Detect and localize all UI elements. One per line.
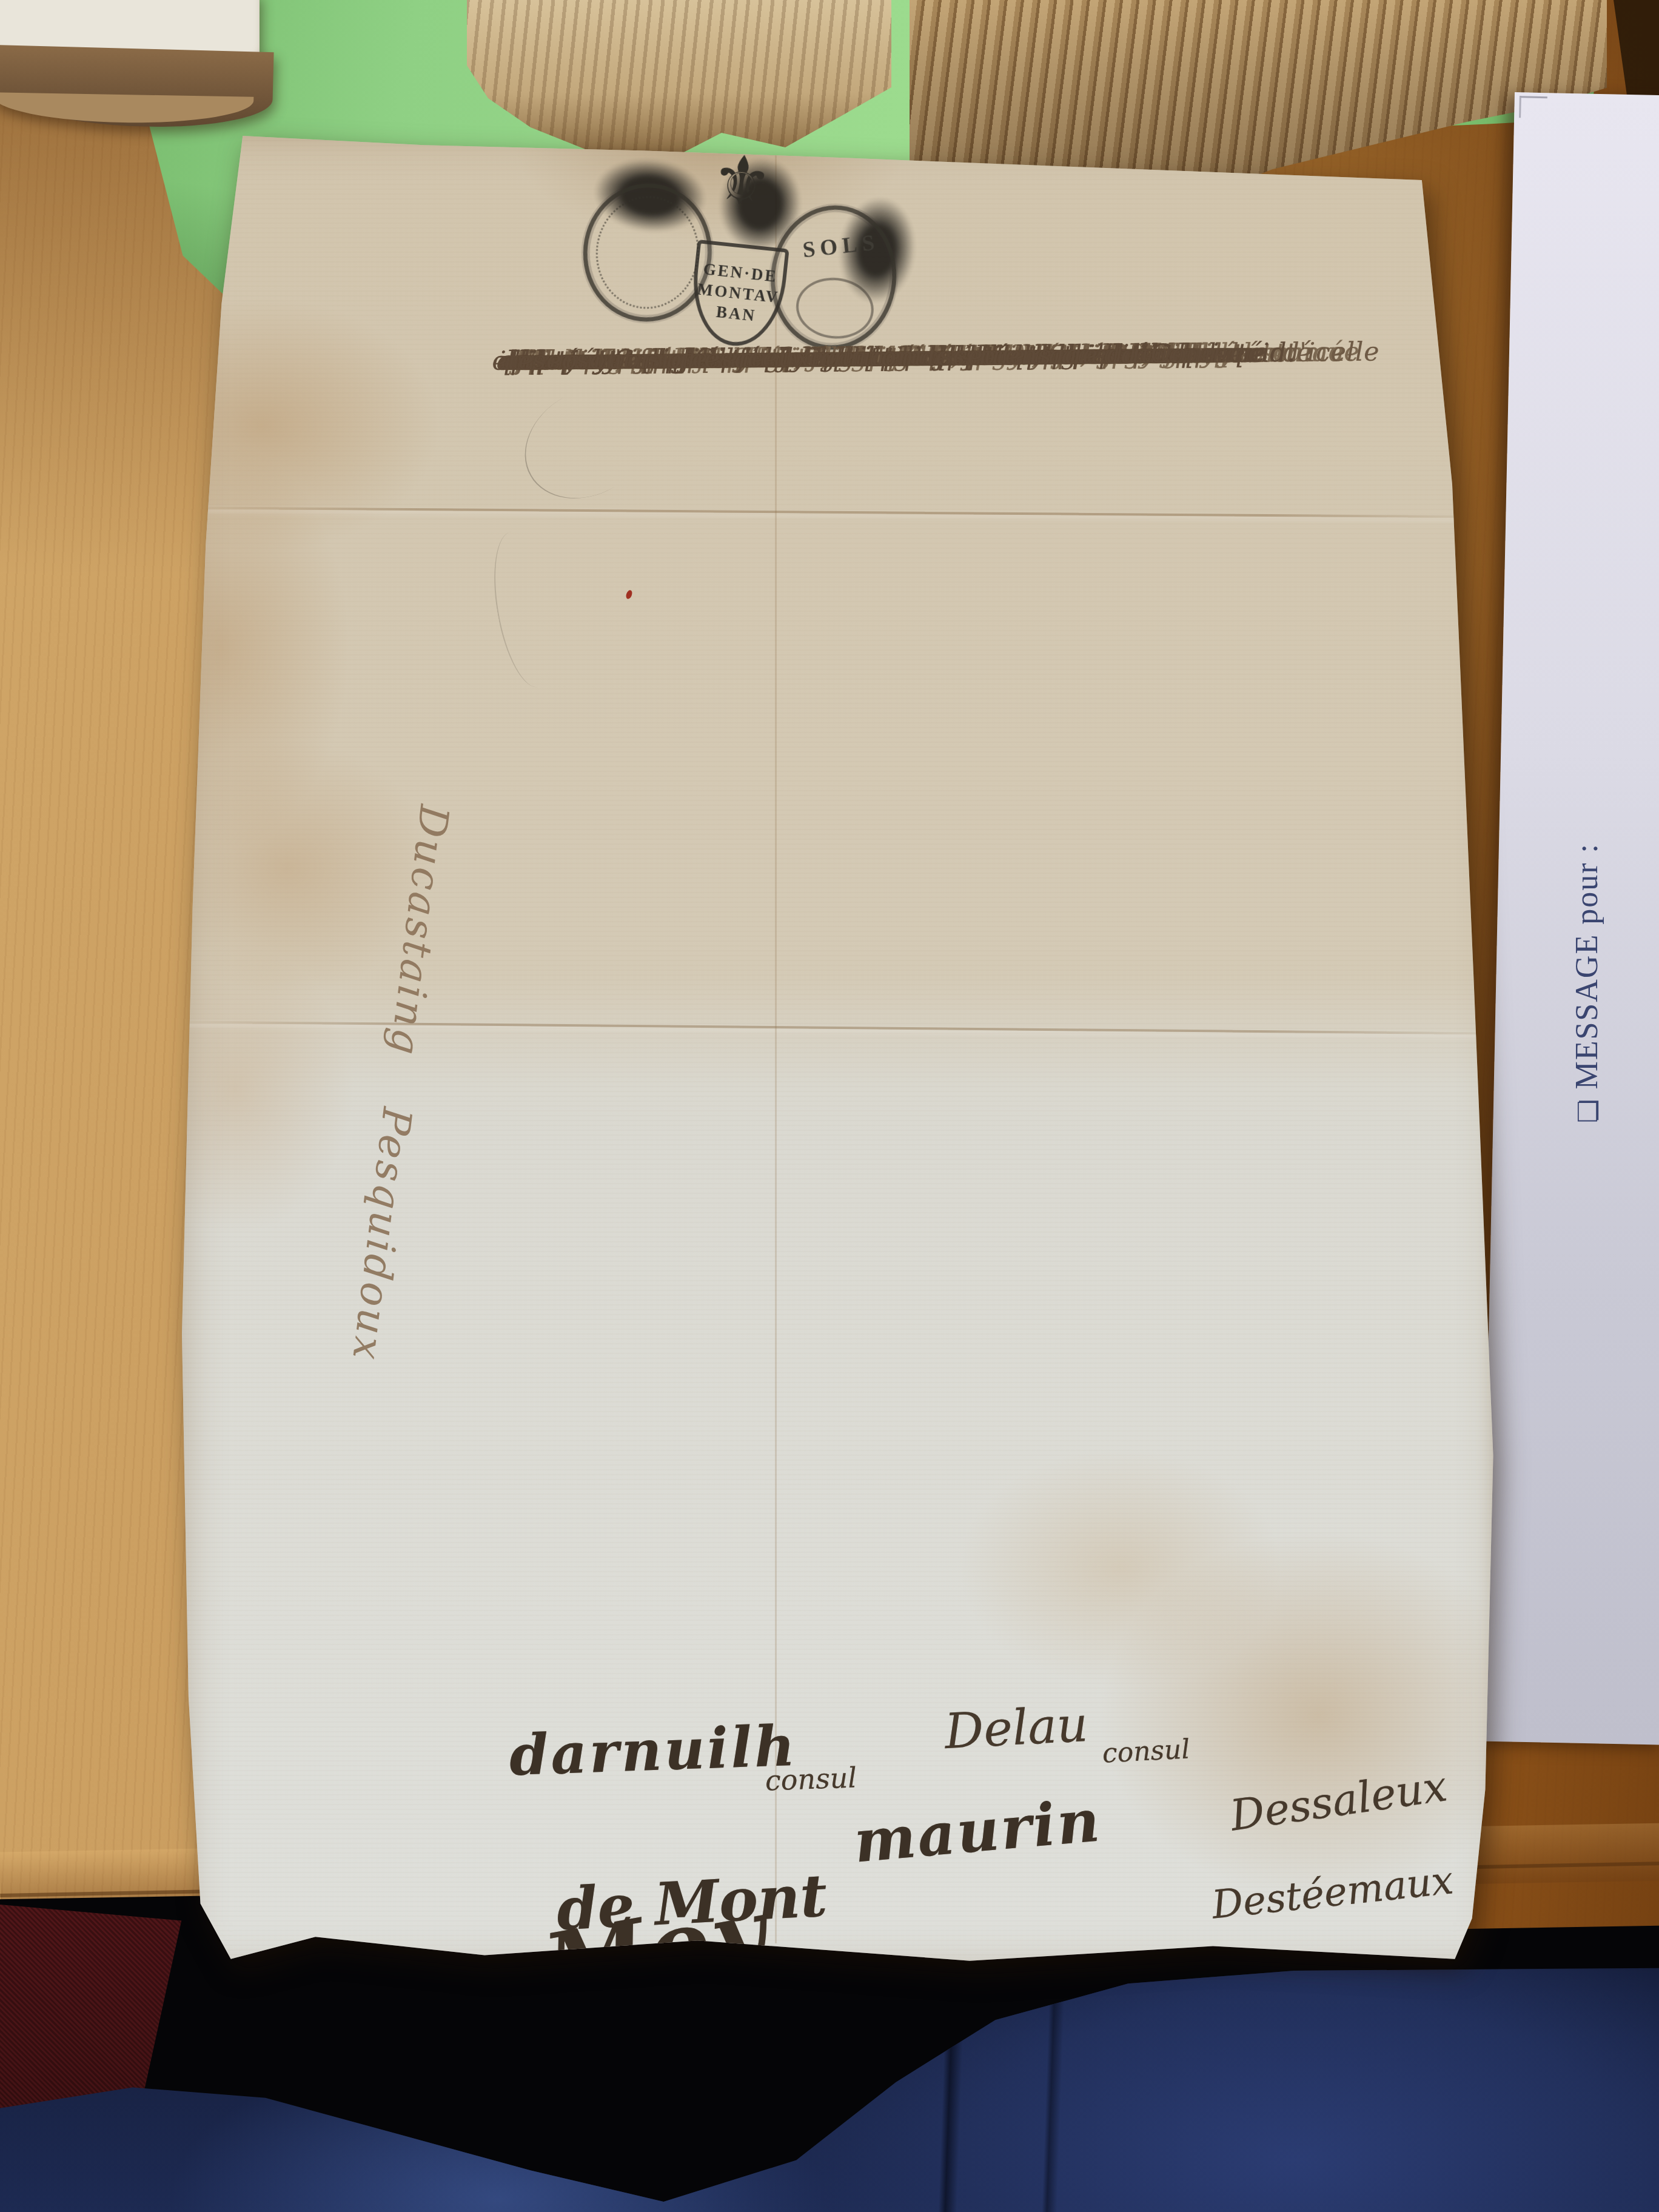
manuscript-page: SOLS ⚜ GEN·DE MONTAV BAN Le huitieme jou… — [182, 130, 1504, 1974]
fold-crease-upper — [182, 506, 1504, 518]
signature: Destéemaux — [1210, 1858, 1455, 1928]
signature: destrieux — [840, 1971, 1010, 2024]
fold-crease-vertical — [775, 155, 777, 1943]
signature: Dessaleux — [1227, 1761, 1450, 1840]
signature: darnuilh — [508, 1713, 798, 1789]
photo-scene: ❏MESSAGE pour : SOLS ⚜ GEN·DE MONTAV — [0, 0, 1659, 2212]
signature: consul — [765, 1761, 857, 1797]
stamp-sols-text: SOLS — [802, 229, 880, 263]
manuscript-line: et se sont signés ceux qui ont sceu — [492, 340, 1000, 378]
red-ink-dot — [625, 589, 634, 600]
fleur-de-lis-icon: ⚜ — [707, 139, 776, 224]
stamp-shield: GEN·DE MONTAV BAN — [687, 240, 789, 350]
fold-crease-lower — [182, 1021, 1504, 1034]
manuscript-page-wrap: SOLS ⚜ GEN·DE MONTAV BAN Le huitieme jou… — [0, 0, 1659, 2212]
pencil-scribble — [484, 527, 565, 692]
signature: maurin — [851, 1786, 1104, 1875]
signature: consul — [1102, 1734, 1191, 1769]
pencil-scribble — [504, 364, 672, 520]
margin-note-vertical: Ducastaing Pesquidoux — [343, 803, 458, 1365]
signature: Delau — [943, 1696, 1090, 1760]
signature: Connebet gre — [1083, 1938, 1354, 2006]
